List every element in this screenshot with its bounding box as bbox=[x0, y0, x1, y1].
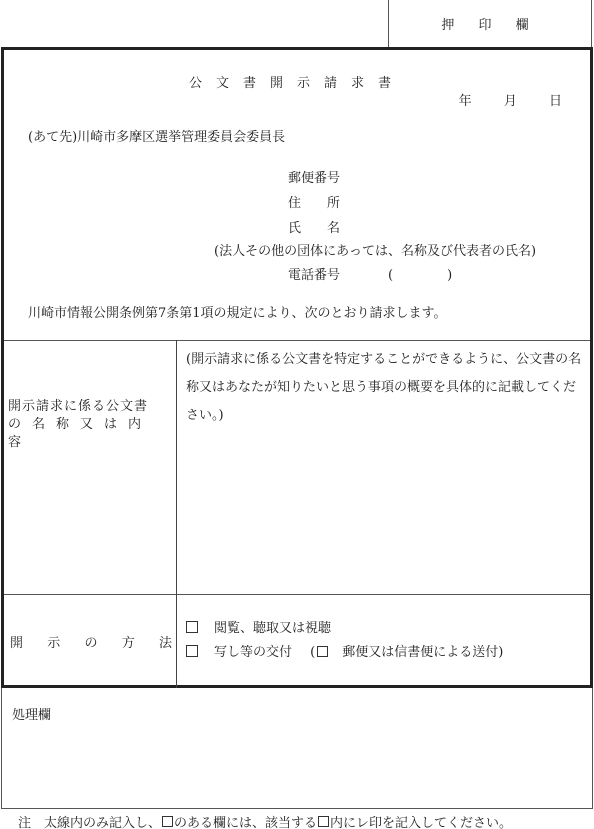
checkbox-symbol-icon bbox=[318, 816, 329, 827]
name-field[interactable]: 氏 名 bbox=[288, 216, 340, 241]
phone-parens: () bbox=[388, 268, 460, 283]
checkbox-mail-delivery[interactable] bbox=[317, 646, 328, 657]
option-copy[interactable]: 写し等の交付 (郵便又は信書便による送付) bbox=[186, 641, 503, 665]
checkbox-viewing[interactable] bbox=[186, 621, 198, 633]
mail-delivery-label: 郵便又は信書便による送付 bbox=[342, 645, 498, 660]
postal-code-field[interactable]: 郵便番号 bbox=[288, 166, 340, 191]
checkbox-symbol-icon bbox=[162, 816, 173, 827]
phone-label: 電話番号 bbox=[288, 268, 340, 283]
processing-label: 処理欄 bbox=[12, 704, 51, 723]
footnote: 注 太線内のみ記入し、のある欄には、該当する内にレ印を記入してください。 bbox=[18, 812, 512, 829]
stamp-label: 押 印 欄 bbox=[389, 14, 591, 33]
corporate-note: (法人その他の団体にあっては、名称及び代表者の氏名) bbox=[214, 240, 536, 259]
form-title: 公文書開示請求書 bbox=[4, 72, 590, 91]
date-month: 月 bbox=[504, 94, 517, 109]
document-name-instruction: (開示請求に係る公文書を特定することができるように、公文書の名称又はあなたが知り… bbox=[186, 346, 586, 430]
divider bbox=[4, 594, 590, 595]
date-field[interactable]: 年 月 日 bbox=[431, 90, 562, 109]
divider bbox=[4, 340, 590, 341]
option-viewing[interactable]: 閲覧、聴取又は視聴 bbox=[186, 617, 503, 641]
applicant-fields: 郵便番号 住 所 氏 名 bbox=[288, 166, 340, 241]
document-name-label: 開示請求に係る公文書 の名称又は内容 bbox=[8, 398, 172, 452]
disclosure-method-label: 開 示 の 方 法 bbox=[10, 632, 172, 651]
checkbox-copy[interactable] bbox=[186, 645, 198, 657]
request-statement: 川崎市情報公開条例第7条第1項の規定により、次のとおり請求します。 bbox=[28, 302, 447, 321]
date-year: 年 bbox=[459, 94, 472, 109]
processing-box: 処理欄 bbox=[1, 688, 593, 809]
document-name-field[interactable]: (開示請求に係る公文書を特定することができるように、公文書の名称又はあなたが知り… bbox=[186, 346, 586, 430]
phone-field[interactable]: 電話番号() bbox=[288, 264, 460, 283]
addressee: (あて先)川崎市多摩区選挙管理委員会委員長 bbox=[28, 126, 285, 145]
date-day: 日 bbox=[549, 94, 562, 109]
stamp-box: 押 印 欄 bbox=[388, 0, 592, 48]
column-divider bbox=[176, 340, 177, 688]
address-field[interactable]: 住 所 bbox=[288, 191, 340, 216]
disclosure-method-options: 閲覧、聴取又は視聴 写し等の交付 (郵便又は信書便による送付) bbox=[186, 617, 503, 665]
